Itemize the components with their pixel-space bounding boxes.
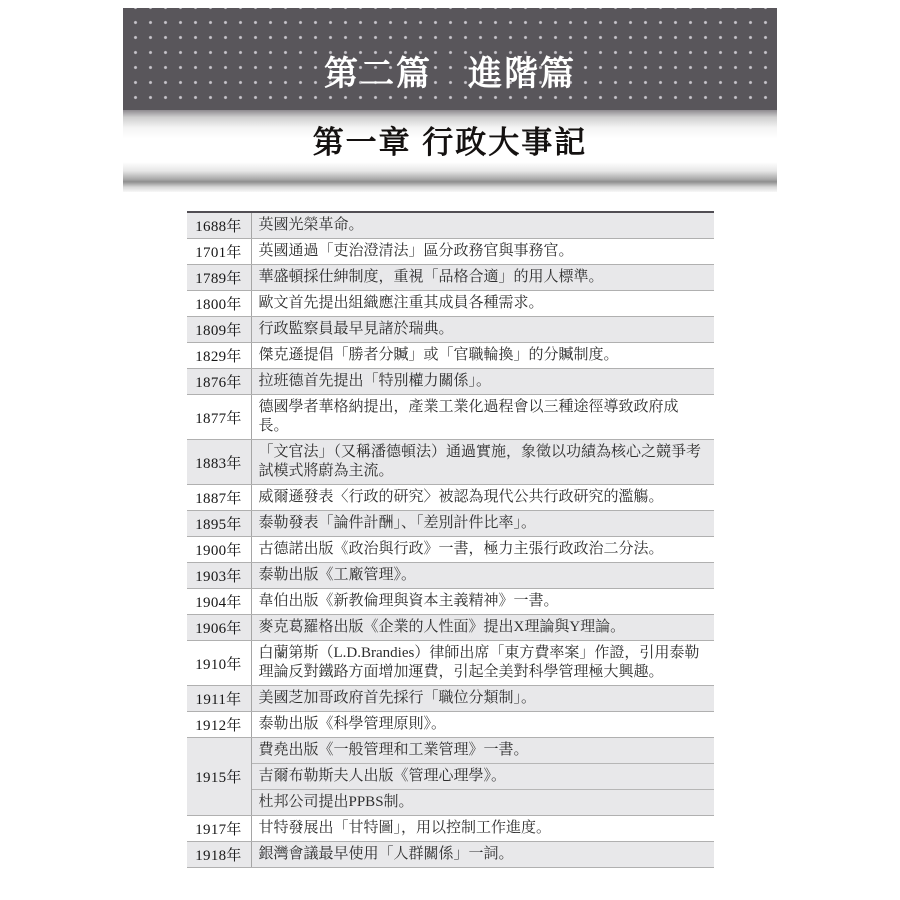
- banner-shadow-divider: [123, 162, 777, 192]
- year-cell: 1910年: [187, 641, 252, 685]
- event-cell: 費堯出版《一般管理和工業管理》一書。: [252, 738, 714, 763]
- event-cell: 行政監察員最早見諸於瑞典。: [252, 317, 714, 342]
- table-row: 1877年 德國學者華格納提出，產業工業化過程會以三種途徑導致政府成長。: [187, 394, 714, 439]
- chapter-banner: 第一章 行政大事記: [123, 110, 777, 162]
- event-cells: 泰勒發表「論件計酬」、「差別計件比率」。: [252, 511, 714, 536]
- event-cells: 行政監察員最早見諸於瑞典。: [252, 317, 714, 342]
- event-cells: 美國芝加哥政府首先採行「職位分類制」。: [252, 686, 714, 711]
- event-cell: 古德諾出版《政治與行政》一書，極力主張行政政治二分法。: [252, 537, 714, 562]
- event-cells: 古德諾出版《政治與行政》一書，極力主張行政政治二分法。: [252, 537, 714, 562]
- table-row: 1912年 泰勒出版《科學管理原則》。: [187, 711, 714, 737]
- event-cell: 歐文首先提出組織應注重其成員各種需求。: [252, 291, 714, 316]
- event-cells: 拉班德首先提出「特別權力關係」。: [252, 369, 714, 394]
- year-cell: 1701年: [187, 239, 252, 264]
- table-row: 1903年 泰勒出版《工廠管理》。: [187, 562, 714, 588]
- year-cell: 1800年: [187, 291, 252, 316]
- event-cells: 德國學者華格納提出，產業工業化過程會以三種途徑導致政府成長。: [252, 395, 714, 439]
- event-cell: 「文官法」（又稱潘德頓法）通過實施，象徵以功績為核心之競爭考試模式將蔚為主流。: [252, 440, 714, 484]
- event-cell: 華盛頓採仕紳制度，重視「品格合適」的用人標準。: [252, 265, 714, 290]
- table-row: 1800年 歐文首先提出組織應注重其成員各種需求。: [187, 290, 714, 316]
- table-row: 1809年 行政監察員最早見諸於瑞典。: [187, 316, 714, 342]
- event-cell: 泰勒出版《科學管理原則》。: [252, 712, 714, 737]
- event-cells: 威爾遜發表〈行政的研究〉被認為現代公共行政研究的濫觴。: [252, 485, 714, 510]
- table-row: 1911年 美國芝加哥政府首先採行「職位分類制」。: [187, 685, 714, 711]
- event-cells: 麥克葛羅格出版《企業的人性面》提出X理論與Y理論。: [252, 615, 714, 640]
- year-cell: 1915年: [187, 738, 252, 815]
- event-cells: 傑克遜提倡「勝者分贓」或「官職輪換」的分贓制度。: [252, 343, 714, 368]
- event-cells: 銀灣會議最早使用「人群關係」一詞。: [252, 842, 714, 867]
- event-cells: 泰勒出版《工廠管理》。: [252, 563, 714, 588]
- event-cell: 德國學者華格納提出，產業工業化過程會以三種途徑導致政府成長。: [252, 395, 714, 439]
- timeline-table-body: 1688年 英國光榮革命。 1701年 英國通過「吏治澄清法」區分政務官與事務官…: [187, 213, 714, 867]
- table-row: 1895年 泰勒發表「論件計酬」、「差別計件比率」。: [187, 510, 714, 536]
- year-cell: 1688年: [187, 213, 252, 238]
- event-cells: 英國光榮革命。: [252, 213, 714, 238]
- part-title: 第二篇 進階篇: [324, 46, 576, 95]
- year-cell: 1895年: [187, 511, 252, 536]
- event-cell: 威爾遜發表〈行政的研究〉被認為現代公共行政研究的濫觴。: [252, 485, 714, 510]
- event-cell: 美國芝加哥政府首先採行「職位分類制」。: [252, 686, 714, 711]
- year-cell: 1911年: [187, 686, 252, 711]
- year-cell: 1876年: [187, 369, 252, 394]
- event-cell: 英國光榮革命。: [252, 213, 714, 238]
- year-cell: 1904年: [187, 589, 252, 614]
- year-cell: 1883年: [187, 440, 252, 484]
- event-cell: 泰勒發表「論件計酬」、「差別計件比率」。: [252, 511, 714, 536]
- year-cell: 1887年: [187, 485, 252, 510]
- event-cell: 韋伯出版《新教倫理與資本主義精神》一書。: [252, 589, 714, 614]
- table-row: 1887年 威爾遜發表〈行政的研究〉被認為現代公共行政研究的濫觴。: [187, 484, 714, 510]
- event-cell: 英國通過「吏治澄清法」區分政務官與事務官。: [252, 239, 714, 264]
- table-row: 1906年 麥克葛羅格出版《企業的人性面》提出X理論與Y理論。: [187, 614, 714, 640]
- event-cell: 杜邦公司提出PPBS制。: [252, 789, 714, 815]
- event-cell: 傑克遜提倡「勝者分贓」或「官職輪換」的分贓制度。: [252, 343, 714, 368]
- event-cells: 韋伯出版《新教倫理與資本主義精神》一書。: [252, 589, 714, 614]
- table-row: 1829年 傑克遜提倡「勝者分贓」或「官職輪換」的分贓制度。: [187, 342, 714, 368]
- timeline-table: 1688年 英國光榮革命。 1701年 英國通過「吏治澄清法」區分政務官與事務官…: [187, 211, 714, 868]
- event-cells: 費堯出版《一般管理和工業管理》一書。吉爾布勒斯夫人出版《管理心理學》。杜邦公司提…: [252, 738, 714, 815]
- page-header: 第二篇 進階篇 第一章 行政大事記: [123, 8, 777, 192]
- year-cell: 1829年: [187, 343, 252, 368]
- event-cells: 甘特發展出「甘特圖」，用以控制工作進度。: [252, 816, 714, 841]
- year-cell: 1789年: [187, 265, 252, 290]
- year-cell: 1903年: [187, 563, 252, 588]
- event-cells: 英國通過「吏治澄清法」區分政務官與事務官。: [252, 239, 714, 264]
- year-cell: 1906年: [187, 615, 252, 640]
- year-cell: 1912年: [187, 712, 252, 737]
- table-row: 1910年 白蘭第斯（L.D.Brandies）律師出席「東方費率案」作證，引用…: [187, 640, 714, 685]
- year-cell: 1877年: [187, 395, 252, 439]
- table-row: 1883年 「文官法」（又稱潘德頓法）通過實施，象徵以功績為核心之競爭考試模式將…: [187, 439, 714, 484]
- year-cell: 1900年: [187, 537, 252, 562]
- event-cell: 甘特發展出「甘特圖」，用以控制工作進度。: [252, 816, 714, 841]
- event-cell: 白蘭第斯（L.D.Brandies）律師出席「東方費率案」作證，引用泰勒理論反對…: [252, 641, 714, 685]
- event-cells: 「文官法」（又稱潘德頓法）通過實施，象徵以功績為核心之競爭考試模式將蔚為主流。: [252, 440, 714, 484]
- event-cells: 白蘭第斯（L.D.Brandies）律師出席「東方費率案」作證，引用泰勒理論反對…: [252, 641, 714, 685]
- event-cell: 麥克葛羅格出版《企業的人性面》提出X理論與Y理論。: [252, 615, 714, 640]
- part-banner: 第二篇 進階篇: [123, 8, 777, 110]
- event-cell: 銀灣會議最早使用「人群關係」一詞。: [252, 842, 714, 867]
- year-cell: 1918年: [187, 842, 252, 867]
- table-row: 1876年 拉班德首先提出「特別權力關係」。: [187, 368, 714, 394]
- table-row: 1917年 甘特發展出「甘特圖」，用以控制工作進度。: [187, 815, 714, 841]
- table-row: 1688年 英國光榮革命。: [187, 213, 714, 238]
- year-cell: 1917年: [187, 816, 252, 841]
- event-cell: 泰勒出版《工廠管理》。: [252, 563, 714, 588]
- table-row: 1918年 銀灣會議最早使用「人群關係」一詞。: [187, 841, 714, 867]
- table-row: 1789年 華盛頓採仕紳制度，重視「品格合適」的用人標準。: [187, 264, 714, 290]
- year-cell: 1809年: [187, 317, 252, 342]
- event-cells: 歐文首先提出組織應注重其成員各種需求。: [252, 291, 714, 316]
- event-cell: 拉班德首先提出「特別權力關係」。: [252, 369, 714, 394]
- chapter-title: 第一章 行政大事記: [313, 111, 588, 162]
- table-row: 1904年 韋伯出版《新教倫理與資本主義精神》一書。: [187, 588, 714, 614]
- table-row: 1915年 費堯出版《一般管理和工業管理》一書。吉爾布勒斯夫人出版《管理心理學》…: [187, 737, 714, 815]
- table-row: 1701年 英國通過「吏治澄清法」區分政務官與事務官。: [187, 238, 714, 264]
- event-cell: 吉爾布勒斯夫人出版《管理心理學》。: [252, 763, 714, 789]
- event-cells: 泰勒出版《科學管理原則》。: [252, 712, 714, 737]
- event-cells: 華盛頓採仕紳制度，重視「品格合適」的用人標準。: [252, 265, 714, 290]
- table-row: 1900年 古德諾出版《政治與行政》一書，極力主張行政政治二分法。: [187, 536, 714, 562]
